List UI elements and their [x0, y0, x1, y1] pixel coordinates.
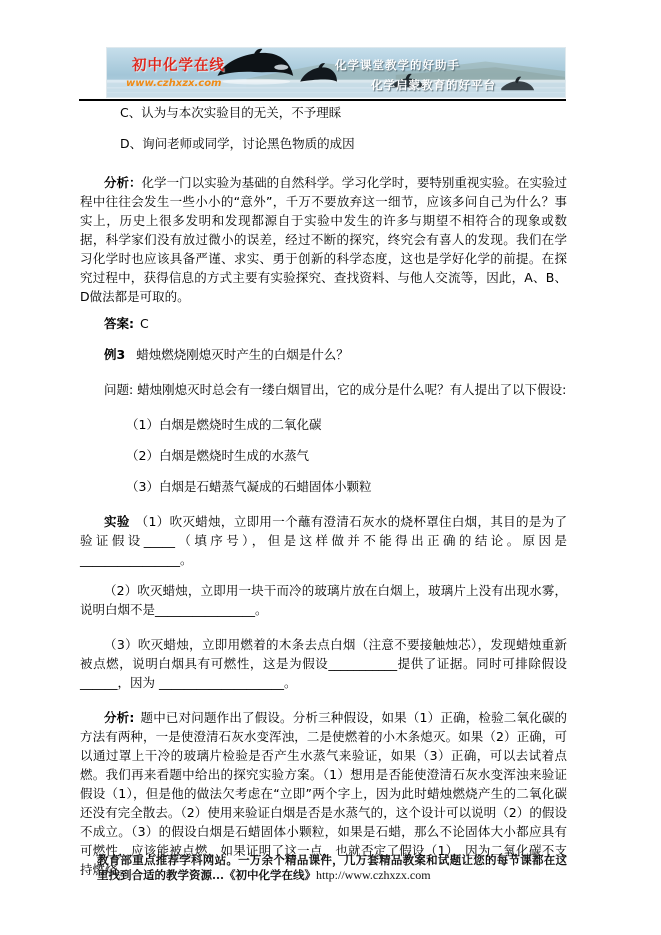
example-label: 例3 — [104, 347, 125, 362]
answer-line: 答案:C — [80, 314, 567, 333]
answer-value: C — [140, 316, 149, 331]
banner-slogan-1: 化学课堂教学的好助手 — [335, 57, 460, 73]
banner-slogan-2: 化学启蒙教育的好平台 — [371, 77, 496, 93]
example-heading: 例3蜡烛燃烧刚熄灭时产生的白烟是什么？ — [80, 345, 567, 364]
site-banner: 初中化学在线 www.czhxzx.com 化学课堂教学的好助手 化学启蒙教育的… — [106, 47, 566, 98]
experiment-step-1-text: （1）吹灭蜡烛，立即用一个蘸有澄清石灰水的烧杯罩住白烟，其目的是为了验证假设__… — [80, 514, 567, 567]
hypothesis-3: （3）白烟是石蜡蒸气凝成的石蜡固体小颗粒 — [80, 477, 567, 496]
header-divider — [79, 99, 566, 101]
answer-label: 答案: — [104, 316, 134, 331]
question-line: 问题: 蜡烛刚熄灭时总会有一缕白烟冒出，它的成分是什么呢？有人提出了以下假设: — [80, 380, 567, 399]
option-c: C、认为与本次实验目的无关，不予理睬 — [80, 103, 567, 122]
footer-url: http://www.czhxzx.com — [316, 868, 431, 882]
experiment-step-3: （3）吹灭蜡烛，立即用燃着的木条去点白烟（注意不要接触烛芯），发现蜡烛重新被点燃… — [80, 635, 567, 692]
document-page: 初中化学在线 www.czhxzx.com 化学课堂教学的好助手 化学启蒙教育的… — [0, 0, 661, 935]
hypothesis-2: （2）白烟是燃烧时生成的水蒸气 — [80, 446, 567, 465]
analysis-2-text: 题中已对问题作出了假设。分析三种假设，如果（1）正确，检验二氧化碳的方法有两种，… — [80, 710, 567, 877]
site-url-text: www.czhxzx.com — [126, 78, 221, 89]
analysis-1-label: 分析： — [104, 175, 142, 190]
hypothesis-1: （1）白烟是燃烧时生成的二氧化碳 — [80, 415, 567, 434]
splash-shape — [222, 79, 290, 85]
analysis-1-paragraph: 分析：化学一门以实验为基础的自然科学。学习化学时，要特别重视实验。在实验过程中往… — [80, 173, 567, 306]
document-body: C、认为与本次实验目的无关，不予理睬 D、询问老师或同学，讨论黑色物质的成因 分… — [80, 103, 567, 891]
experiment-step-2: （2）吹灭蜡烛，立即用一块干而冷的玻璃片放在白烟上，玻璃片上没有出现水雾，说明白… — [80, 581, 567, 619]
example-title: 蜡烛燃烧刚熄灭时产生的白烟是什么？ — [136, 347, 349, 362]
analysis-2-label: 分析: — [104, 710, 134, 725]
option-d: D、询问老师或同学，讨论黑色物质的成因 — [80, 134, 567, 153]
footer-promo: 教育部重点推荐学科网站。一万余个精品课件，几万套精品教案和试题让您的每节课都在这… — [97, 853, 567, 883]
site-logo-text: 初中化学在线 — [132, 54, 225, 75]
experiment-label: 实验 — [104, 514, 130, 529]
analysis-1-text: 化学一门以实验为基础的自然科学。学习化学时，要特别重视实验。在实验过程中往往会发… — [80, 175, 567, 304]
experiment-step-1: 实验（1）吹灭蜡烛，立即用一个蘸有澄清石灰水的烧杯罩住白烟，其目的是为了验证假设… — [80, 512, 567, 569]
